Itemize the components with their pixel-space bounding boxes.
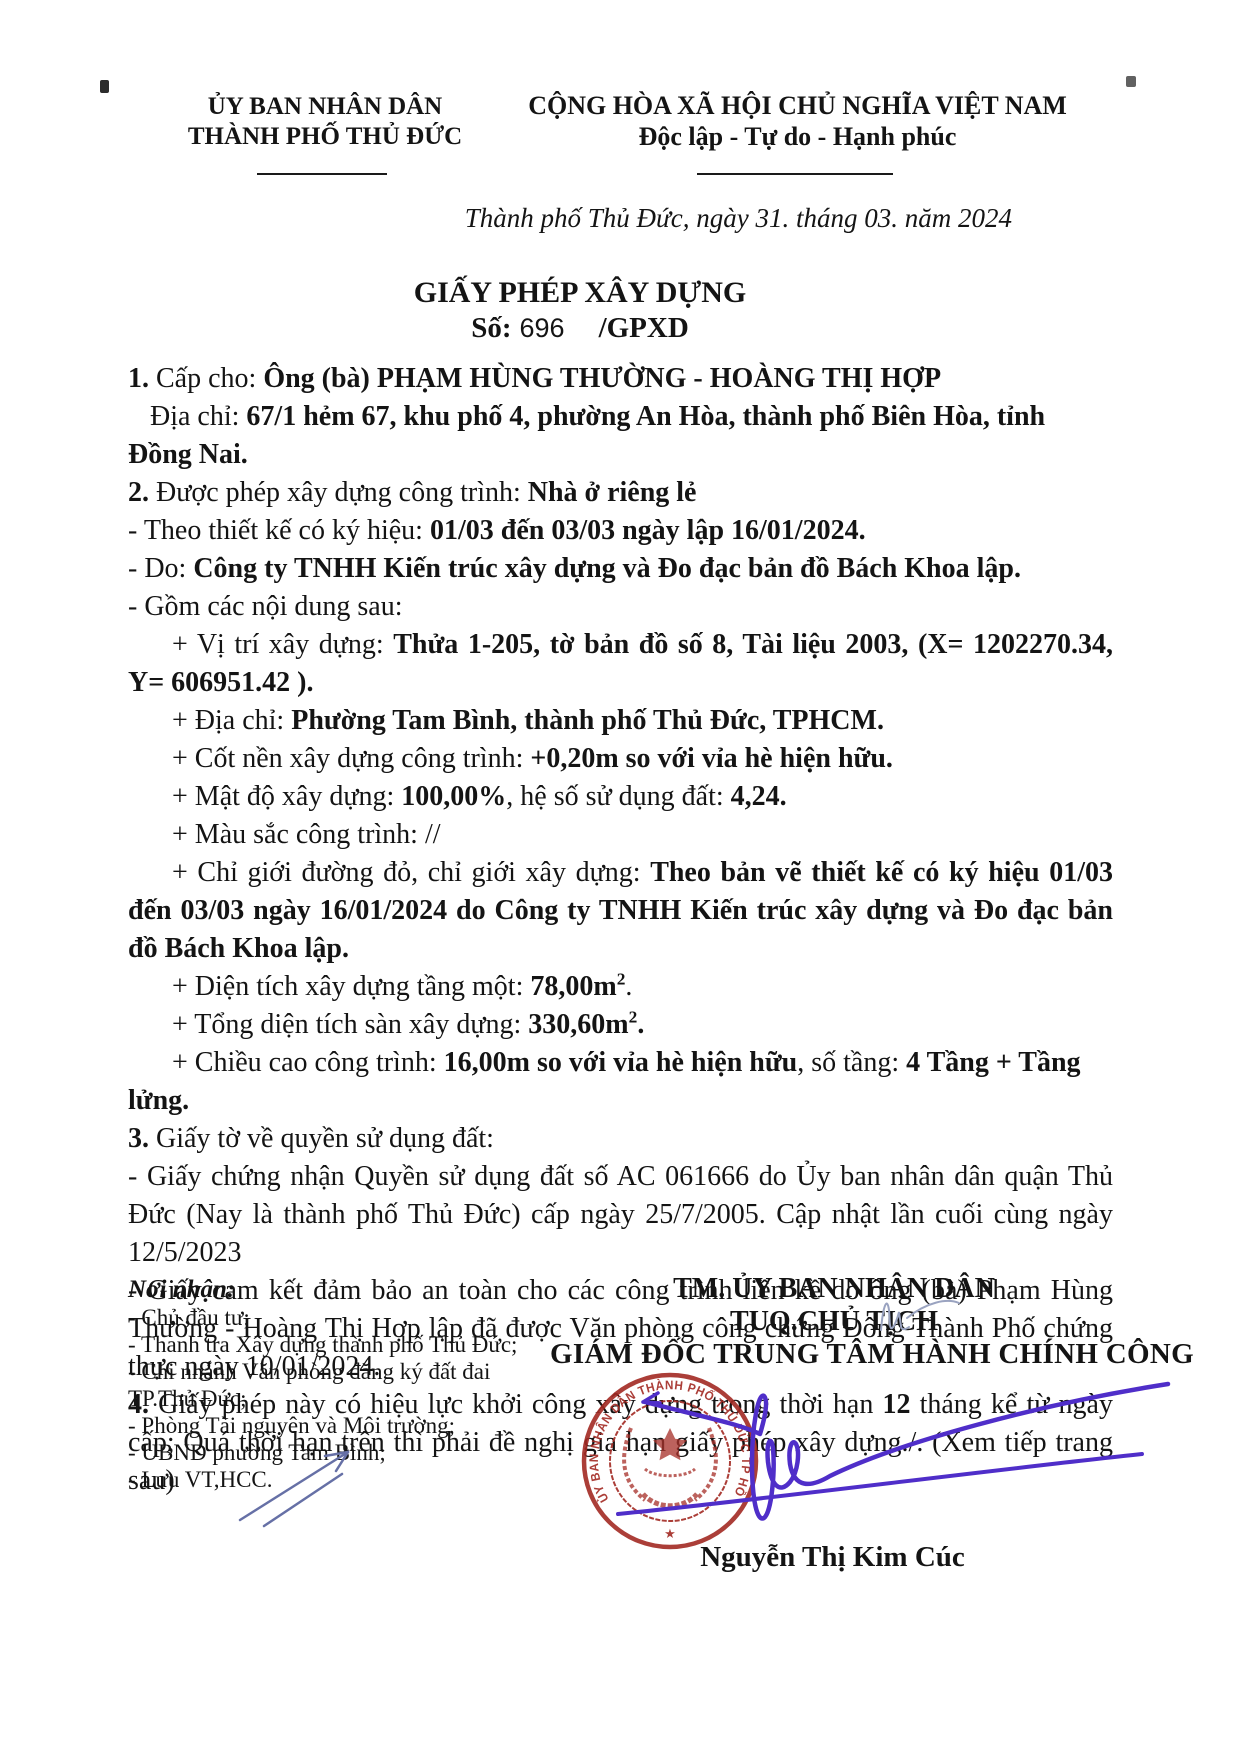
text-run: 4,24. <box>731 781 787 812</box>
seal-star: ★ <box>664 1526 676 1541</box>
document-number: Số:696/GPXD <box>0 312 1160 345</box>
national-header: CỘNG HÒA XÃ HỘI CHỦ NGHĨA VIỆT NAM Độc l… <box>505 90 1090 152</box>
text-run: + Tổng diện tích sàn xây dựng: <box>172 1009 528 1040</box>
text-run: Phường Tam Bình, thành phố Thủ Đức, TPHC… <box>291 705 884 736</box>
document-title: GIẤY PHÉP XÂY DỰNG <box>0 276 1160 310</box>
text-run: 12 <box>882 1389 910 1420</box>
scan-artifact <box>1126 76 1136 87</box>
recipient-item: - UBND phường Tam Bình; <box>128 1439 548 1466</box>
body-paragraph: + Cốt nền xây dựng công trình: +0,20m so… <box>128 740 1113 778</box>
signature-authority-line: TM. ỦY BAN NHÂN DÂN <box>550 1272 1118 1305</box>
body-paragraph: - Theo thiết kế có ký hiệu: 01/03 đến 03… <box>128 512 1113 550</box>
scan-artifact <box>100 80 109 93</box>
header-rule-left <box>257 173 387 175</box>
header-rule-right <box>697 173 893 175</box>
national-title: CỘNG HÒA XÃ HỘI CHỦ NGHĨA VIỆT NAM <box>505 90 1090 121</box>
text-run: 78,00m <box>530 971 616 1002</box>
text-run: , số tầng: <box>797 1047 906 1078</box>
document-number-value: 696 <box>520 313 565 343</box>
issuing-authority-line2: THÀNH PHỐ THỦ ĐỨC <box>135 122 515 152</box>
official-seal: ỦY BAN NHÂN DÂN THÀNH PHỐ THỦ ĐỨC TP HỒ … <box>575 1366 765 1556</box>
body-paragraph: + Tổng diện tích sàn xây dựng: 330,60m2. <box>128 1006 1113 1044</box>
recipient-item: - Thanh tra Xây dựng thành phố Thủ Đức; <box>128 1331 548 1358</box>
text-run: 1. <box>128 363 149 394</box>
recipients-heading: Nơi nhận: <box>128 1276 548 1304</box>
document-number-suffix: /GPXD <box>599 312 689 344</box>
signature-delegation-line: TUQ.CHỦ TỊCH <box>550 1305 1118 1338</box>
text-run: + Diện tích xây dựng tầng một: <box>172 971 530 1002</box>
emblem-star <box>653 1428 687 1460</box>
recipient-item: - Chi nhánh Văn phòng đăng ký đất đai <box>128 1358 548 1385</box>
body-paragraph: 1. Cấp cho: Ông (bà) PHẠM HÙNG THƯỜNG - … <box>128 360 1113 398</box>
text-run: - Theo thiết kế có ký hiệu: <box>128 515 430 546</box>
body-paragraph: 3. Giấy tờ về quyền sử dụng đất: <box>128 1120 1113 1158</box>
signer-name: Nguyễn Thị Kim Cúc <box>560 1541 1105 1574</box>
text-run: . <box>625 971 632 1002</box>
recipient-item: - Phòng Tài nguyên và Môi trường; <box>128 1412 548 1439</box>
text-run: - Do: <box>128 553 193 584</box>
text-run: + Chỉ giới đường đỏ, chỉ giới xây dựng: <box>172 857 650 888</box>
body-paragraph: + Chỉ giới đường đỏ, chỉ giới xây dựng: … <box>128 854 1113 968</box>
body-paragraph: + Chiều cao công trình: 16,00m so với vỉ… <box>128 1044 1113 1120</box>
text-run: Công ty TNHH Kiến trúc xây dựng và Đo đạ… <box>193 553 1021 584</box>
body-paragraph: + Màu sắc công trình: // <box>128 816 1113 854</box>
text-run: Được phép xây dựng công trình: <box>149 477 528 508</box>
text-run: - Giấy chứng nhận Quyền sử dụng đất số A… <box>128 1161 1113 1268</box>
text-run: 01/03 đến 03/03 ngày lập 16/01/2024. <box>430 515 866 546</box>
text-run: + Địa chỉ: <box>172 705 291 736</box>
text-run: 2. <box>128 477 149 508</box>
recipient-item: - Chủ đầu tư; <box>128 1304 548 1331</box>
text-run: 67/1 hẻm 67, khu phố 4, phường An Hòa, t… <box>128 401 1045 470</box>
text-run: . <box>637 1009 644 1040</box>
text-run: Giấy tờ về quyền sử dụng đất: <box>149 1123 494 1154</box>
signature-titles: TM. ỦY BAN NHÂN DÂN TUQ.CHỦ TỊCH GIÁM ĐỐ… <box>550 1272 1118 1371</box>
document-page: ỦY BAN NHÂN DÂN THÀNH PHỐ THỦ ĐỨC CỘNG H… <box>0 0 1241 1755</box>
body-paragraph: - Giấy chứng nhận Quyền sử dụng đất số A… <box>128 1158 1113 1272</box>
national-motto: Độc lập - Tự do - Hạnh phúc <box>505 121 1090 152</box>
text-run: 16,00m so với vỉa hè hiện hữu <box>444 1047 798 1078</box>
text-run: + Vị trí xây dựng: <box>172 629 393 660</box>
text-run: , hệ số sử dụng đất: <box>506 781 730 812</box>
text-run: + Màu sắc công trình: // <box>172 819 441 850</box>
body-paragraph: 2. Được phép xây dựng công trình: Nhà ở … <box>128 474 1113 512</box>
issuing-authority-line1: ỦY BAN NHÂN DÂN <box>135 92 515 122</box>
body-paragraph: Địa chỉ: 67/1 hẻm 67, khu phố 4, phường … <box>128 398 1113 474</box>
body-paragraph: + Vị trí xây dựng: Thửa 1-205, tờ bản đồ… <box>128 626 1113 702</box>
document-number-label: Số: <box>471 312 511 344</box>
text-run: Nhà ở riêng lẻ <box>528 477 697 508</box>
issuing-authority: ỦY BAN NHÂN DÂN THÀNH PHỐ THỦ ĐỨC <box>135 92 515 152</box>
title-block: GIẤY PHÉP XÂY DỰNG Số:696/GPXD <box>0 276 1160 345</box>
recipient-item: TP.Thủ Đức; <box>128 1385 548 1412</box>
place-date-line: Thành phố Thủ Đức, ngày 31. tháng 03. nă… <box>400 203 1012 234</box>
text-run: Cấp cho: <box>149 363 263 394</box>
seal-inner-ring <box>610 1401 730 1521</box>
recipient-item: - Lưu VT,HCC. <box>128 1466 548 1493</box>
text-run: - Gồm các nội dung sau: <box>128 591 403 622</box>
body-paragraph: + Mật độ xây dựng: 100,00%, hệ số sử dụn… <box>128 778 1113 816</box>
text-run: +0,20m so với vỉa hè hiện hữu. <box>530 743 893 774</box>
text-run: Ông (bà) PHẠM HÙNG THƯỜNG - HOÀNG THỊ HỢ… <box>263 363 941 394</box>
text-run: 330,60m <box>528 1009 628 1040</box>
body-paragraph: - Do: Công ty TNHH Kiến trúc xây dựng và… <box>128 550 1113 588</box>
text-run: 3. <box>128 1123 149 1154</box>
text-run: + Chiều cao công trình: <box>172 1047 444 1078</box>
text-run: 100,00% <box>401 781 506 812</box>
text-run: + Cốt nền xây dựng công trình: <box>172 743 530 774</box>
seal-emblem <box>624 1428 716 1506</box>
recipients-block: Nơi nhận: - Chủ đầu tư;- Thanh tra Xây d… <box>128 1276 548 1493</box>
body-paragraph: + Diện tích xây dựng tầng một: 78,00m2. <box>128 968 1113 1006</box>
text-run: 2 <box>629 1008 638 1027</box>
body-paragraph: + Địa chỉ: Phường Tam Bình, thành phố Th… <box>128 702 1113 740</box>
text-run: + Mật độ xây dựng: <box>172 781 401 812</box>
text-run: Địa chỉ: <box>150 401 246 432</box>
recipients-list: - Chủ đầu tư;- Thanh tra Xây dựng thành … <box>128 1304 548 1493</box>
body-paragraph: - Gồm các nội dung sau: <box>128 588 1113 626</box>
